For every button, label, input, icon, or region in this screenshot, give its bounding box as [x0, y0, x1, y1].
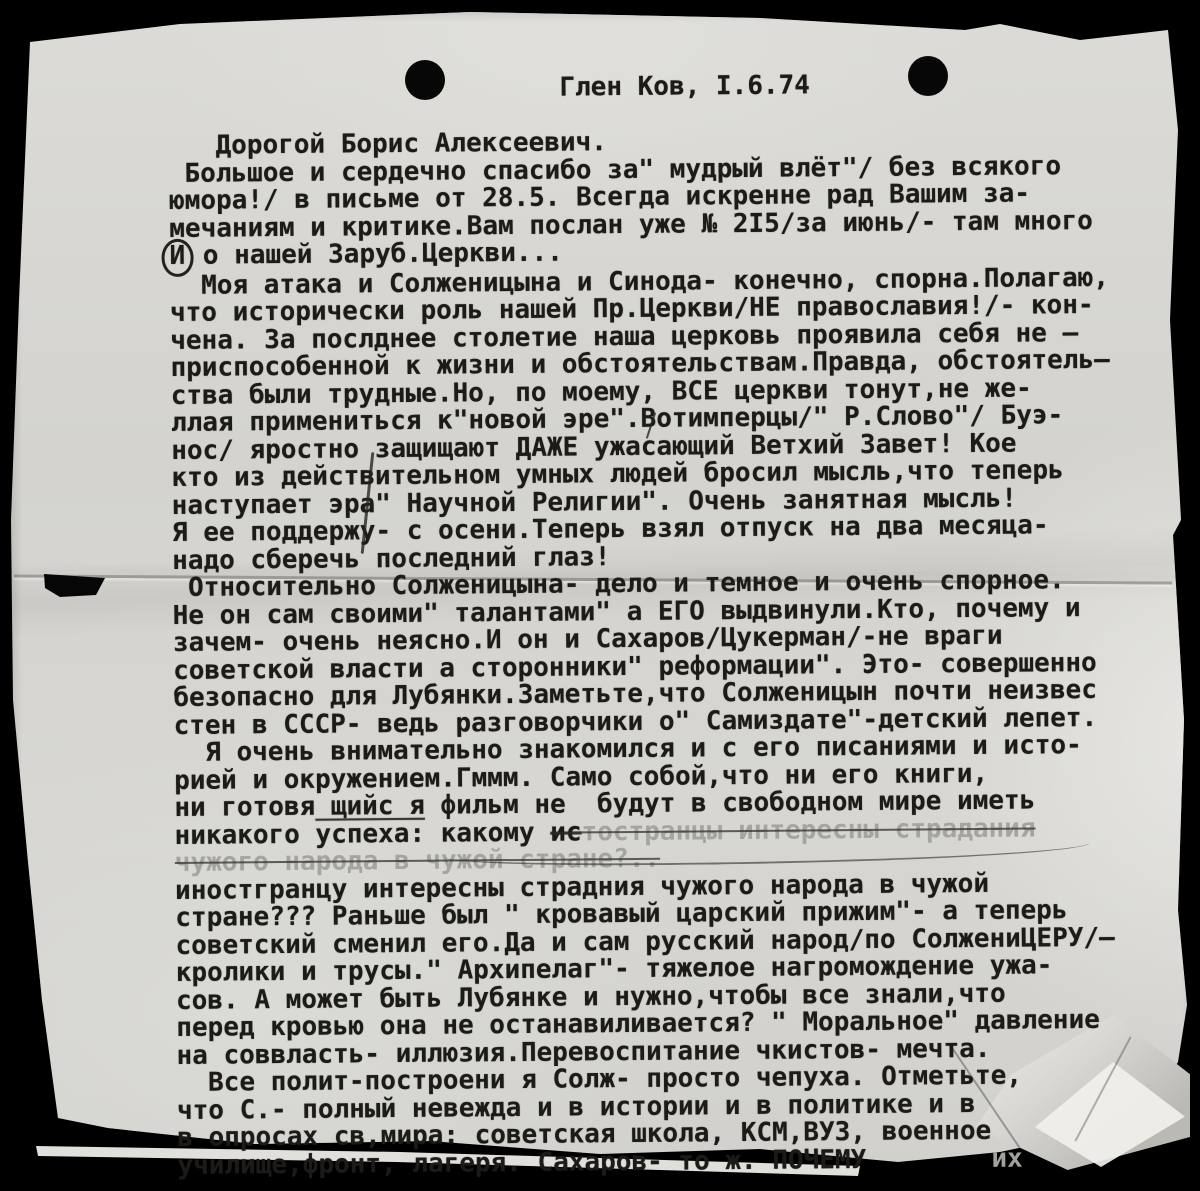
punch-hole-right — [908, 56, 948, 96]
letter-text: Глен Ков, I.6.74 Дорогой Борис Алексееви… — [168, 70, 1117, 1180]
letter-line-segment: о нашей Заруб.Церкви... — [187, 238, 563, 271]
letter-line-segment: училище,фронт, лагеря. Сахаров- то ж. ПО… — [177, 1144, 866, 1180]
letter-line: училище,фронт, лагеря. Сахаров- то ж. ПО… — [177, 1144, 1116, 1180]
letter-line-segment: щийс я — [315, 791, 425, 822]
scan-background: Глен Ков, I.6.74 Дорогой Борис Алексееви… — [0, 0, 1200, 1191]
letter-line-segment: Глен Ков, I.6.74 — [168, 70, 810, 106]
punch-hole-left — [405, 60, 445, 100]
letter-line-segment: их — [866, 1143, 1023, 1174]
letter-line-segment: ни готовя — [174, 792, 315, 823]
